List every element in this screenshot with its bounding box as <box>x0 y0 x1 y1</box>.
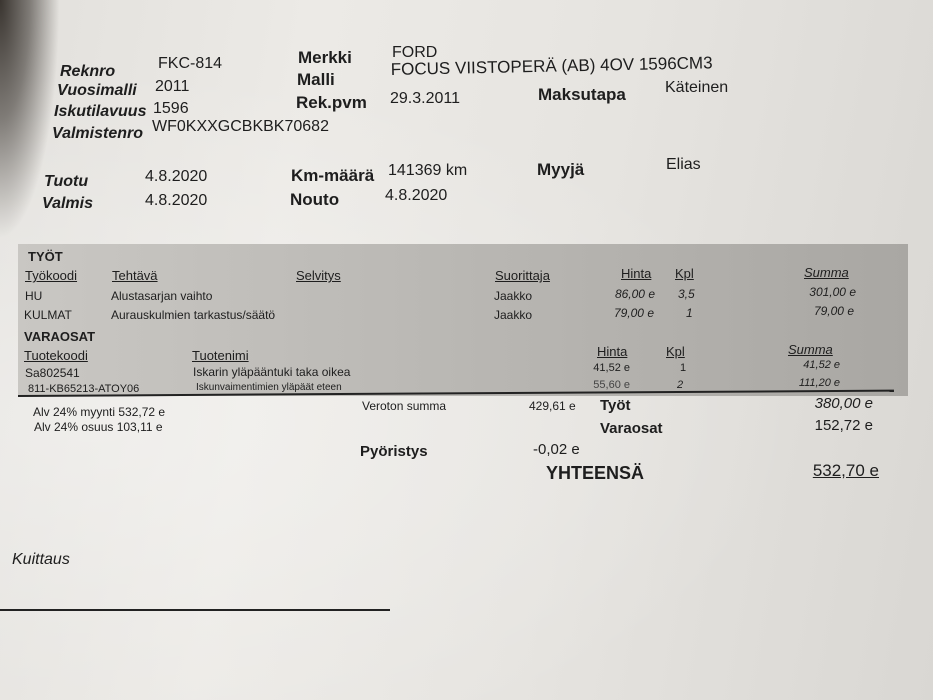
labor-qty: 1 <box>686 306 693 320</box>
reknro-label: Reknro <box>60 63 115 81</box>
labor-header-price: Hinta <box>621 266 651 281</box>
part-code: Sa802541 <box>25 366 80 380</box>
signature-line <box>0 609 390 611</box>
vuosimalli-value: 2011 <box>155 78 189 96</box>
kuittaus-label: Kuittaus <box>12 551 70 569</box>
labor-title: TYÖT <box>28 249 63 264</box>
reknro-value: FKC-814 <box>158 55 222 73</box>
labor-code: KULMAT <box>24 308 72 322</box>
part-sum: 111,20 e <box>760 377 840 389</box>
valmistenro-value: WF0KXXGCBKBK70682 <box>152 118 329 136</box>
iskutilavuus-value: 1596 <box>153 100 189 118</box>
merkki-label: Merkki <box>298 48 352 68</box>
nouto-label: Nouto <box>290 190 339 210</box>
labor-worker: Jaakko <box>494 289 532 303</box>
labor-header-task: Tehtävä <box>112 268 158 283</box>
rekpvm-value: 29.3.2011 <box>390 90 460 108</box>
tuotu-label: Tuotu <box>44 173 88 191</box>
labor-header-qty: Kpl <box>675 266 694 281</box>
valmis-label: Valmis <box>42 195 93 213</box>
part-price: 55,60 e <box>568 379 630 391</box>
parts-header-code: Tuotekoodi <box>24 348 88 363</box>
alv-myynti: Alv 24% myynti 532,72 e <box>33 405 165 419</box>
part-code: 811-KB65213-ATOY06 <box>28 383 139 395</box>
tuotu-value: 4.8.2020 <box>145 168 207 186</box>
myyja-value: Elias <box>666 156 701 174</box>
veroton-label: Veroton summa <box>362 399 446 413</box>
pyoristys-label: Pyöristys <box>360 443 428 460</box>
part-price: 41,52 e <box>570 362 630 374</box>
labor-header-desc: Selvitys <box>296 268 341 283</box>
parts-header-qty: Kpl <box>666 344 685 359</box>
veroton-value: 429,61 e <box>529 399 576 413</box>
malli-label: Malli <box>297 70 335 90</box>
vuosimalli-label: Vuosimalli <box>57 82 137 100</box>
labor-sum: 79,00 e <box>780 304 854 318</box>
part-sum: 41,52 e <box>770 359 840 371</box>
parts-header-sum: Summa <box>788 342 833 357</box>
km-value: 141369 km <box>388 162 467 180</box>
valmis-value: 4.8.2020 <box>145 192 207 210</box>
yhteensa-label: YHTEENSÄ <box>546 463 644 484</box>
nouto-value: 4.8.2020 <box>385 187 447 205</box>
labor-task: Alustasarjan vaihto <box>111 289 212 303</box>
maksutapa-value: Käteinen <box>665 79 728 97</box>
labor-sum: 301,00 e <box>780 285 856 299</box>
myyja-label: Myyjä <box>537 160 584 180</box>
part-name: Iskunvaimentimien yläpäät eteen <box>196 382 342 393</box>
parts-title: VARAOSAT <box>24 329 95 344</box>
labor-header-worker: Suorittaja <box>495 268 550 283</box>
part-name: Iskarin yläpääntuki taka oikea <box>193 365 350 379</box>
labor-worker: Jaakko <box>494 308 532 322</box>
tyot-value: 380,00 e <box>780 395 873 412</box>
varaosat-value: 152,72 e <box>780 417 873 434</box>
iskutilavuus-label: Iskutilavuus <box>54 103 146 121</box>
labor-price: 79,00 e <box>594 306 654 320</box>
varaosat-label: Varaosat <box>600 420 663 437</box>
labor-qty: 3,5 <box>678 287 695 301</box>
alv-osuus: Alv 24% osuus 103,11 e <box>34 420 163 434</box>
part-qty: 1 <box>680 362 686 374</box>
labor-header-code: Työkoodi <box>25 268 77 283</box>
km-label: Km-määrä <box>291 166 374 186</box>
valmistenro-label: Valmistenro <box>52 125 143 143</box>
yhteensa-value: 532,70 e <box>780 461 879 481</box>
tyot-label: Työt <box>600 397 631 414</box>
maksutapa-label: Maksutapa <box>538 85 626 105</box>
labor-task: Aurauskulmien tarkastus/säätö <box>111 308 275 322</box>
part-qty: 2 <box>677 379 683 391</box>
parts-header-name: Tuotenimi <box>192 348 249 363</box>
parts-header-price: Hinta <box>597 344 627 359</box>
rekpvm-label: Rek.pvm <box>296 93 367 113</box>
labor-header-sum: Summa <box>804 265 849 280</box>
labor-price: 86,00 e <box>595 287 655 301</box>
labor-code: HU <box>25 289 42 303</box>
pyoristys-value: -0,02 e <box>533 441 580 458</box>
